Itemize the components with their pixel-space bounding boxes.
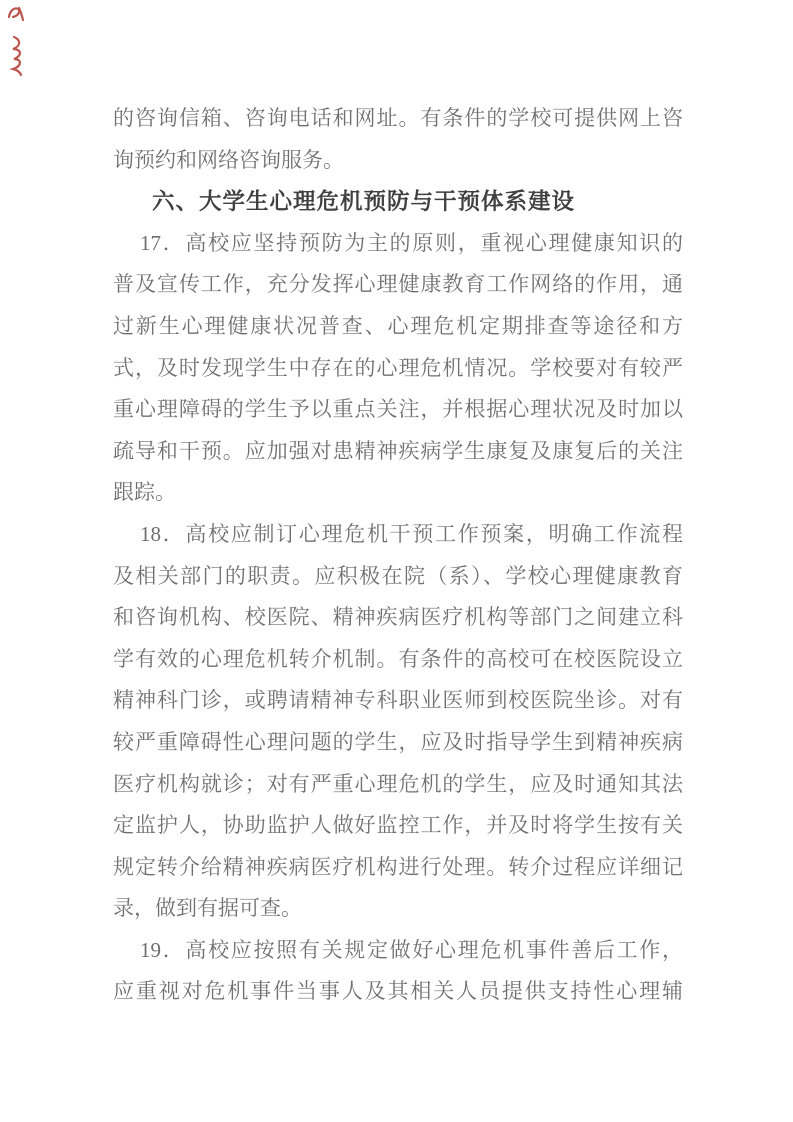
text-line: 和咨询机构、校医院、精神疾病医疗机构等部门之间建立科 (113, 597, 683, 639)
text-line: 疏导和干预。应加强对患精神疾病学生康复及康复后的关注 (113, 431, 683, 473)
text-line: 医疗机构就诊；对有严重心理危机的学生，应及时通知其法 (113, 764, 683, 806)
text-line: 较严重障碍性心理问题的学生，应及时指导学生到精神疾病 (113, 722, 683, 764)
text-line: 学有效的心理危机转介机制。有条件的高校可在校医院设立 (113, 639, 683, 681)
text-line: 跟踪。 (113, 472, 683, 514)
text-line: 规定转介给精神疾病医疗机构进行处理。转介过程应详细记 (113, 847, 683, 889)
text-line: 询预约和网络咨询服务。 (113, 140, 683, 182)
document-body: 的咨询信箱、咨询电话和网址。有条件的学校可提供网上咨 询预约和网络咨询服务。 六… (113, 98, 683, 1013)
text-line: 19．高校应按照有关规定做好心理危机事件善后工作， (113, 930, 683, 972)
text-line: 过新生心理健康状况普查、心理危机定期排查等途径和方 (113, 306, 683, 348)
text-line: 普及宣传工作，充分发挥心理健康教育工作网络的作用，通 (113, 264, 683, 306)
text-line: 17．高校应坚持预防为主的原则，重视心理健康知识的 (113, 223, 683, 265)
text-line: 18．高校应制订心理危机干预工作预案，明确工作流程 (113, 514, 683, 556)
section-heading: 六、大学生心理危机预防与干预体系建设 (113, 181, 683, 223)
text-line: 的咨询信箱、咨询电话和网址。有条件的学校可提供网上咨 (113, 98, 683, 140)
document-page: 的咨询信箱、咨询电话和网址。有条件的学校可提供网上咨 询预约和网络咨询服务。 六… (0, 0, 793, 1122)
text-line: 及相关部门的职责。应积极在院（系）、学校心理健康教育 (113, 556, 683, 598)
text-line: 定监护人，协助监护人做好监控工作，并及时将学生按有关 (113, 805, 683, 847)
red-ink-mark-icon (6, 5, 26, 23)
text-line: 精神科门诊，或聘请精神专科职业医师到校医院坐诊。对有 (113, 680, 683, 722)
text-line: 式，及时发现学生中存在的心理危机情况。学校要对有较严 (113, 348, 683, 390)
text-line: 应重视对危机事件当事人及其相关人员提供支持性心理辅 (113, 971, 683, 1013)
text-line: 重心理障碍的学生予以重点关注，并根据心理状况及时加以 (113, 389, 683, 431)
red-ink-mark-icon (5, 35, 29, 77)
text-line: 录，做到有据可查。 (113, 888, 683, 930)
